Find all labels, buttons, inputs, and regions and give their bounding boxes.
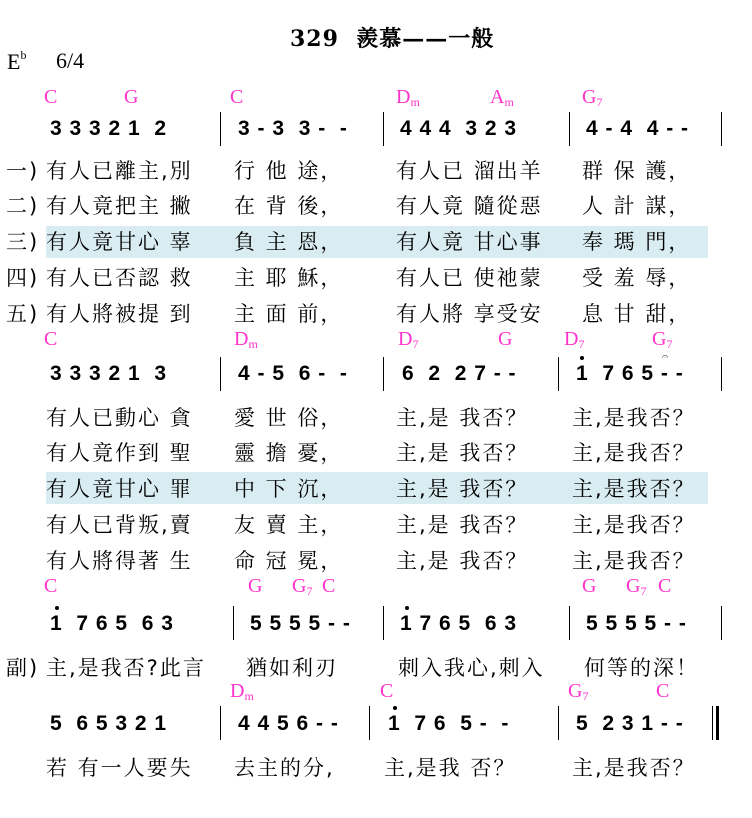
lyric: 主,是我否?此言 bbox=[46, 652, 206, 682]
measure-notes: 5 5 5 5 - - bbox=[586, 612, 687, 636]
verse-label: 五) bbox=[6, 298, 39, 328]
measure-notes: 5 2 3 1 - - bbox=[576, 712, 684, 736]
lyric: 何等的深！ bbox=[584, 652, 699, 682]
chord: C bbox=[44, 86, 57, 109]
bar-line bbox=[569, 606, 570, 640]
measure-notes: 3 3 3 2 1 3 bbox=[50, 362, 167, 386]
verse-label: 四) bbox=[6, 262, 39, 292]
chord: D7 bbox=[398, 328, 418, 352]
bar-line bbox=[220, 112, 221, 146]
lyric: 有人已 溜出羊 bbox=[396, 155, 543, 185]
bar-line bbox=[383, 112, 384, 146]
chord: G bbox=[498, 328, 512, 351]
lyric: 有人竟 隨從惡 bbox=[396, 190, 543, 220]
lyric: 刺入我心,刺入 bbox=[398, 652, 545, 682]
lyric: 負 主 恩， bbox=[234, 226, 343, 256]
bar-line bbox=[383, 357, 384, 391]
chord: G bbox=[582, 575, 596, 598]
measure-notes: 5 5 5 5 - - bbox=[250, 612, 351, 636]
lyric: 主 耶 穌， bbox=[234, 262, 343, 292]
lyric: 友 賣 主， bbox=[234, 509, 343, 539]
measure-notes: 4 4 4 3 2 3 bbox=[400, 117, 517, 141]
lyric: 主,是我否？ bbox=[572, 437, 696, 467]
chord: Dm bbox=[396, 86, 420, 110]
lyric: 主,是 我否？ bbox=[396, 509, 528, 539]
bar-line bbox=[369, 706, 370, 740]
chord: G7 bbox=[568, 680, 588, 704]
verse-label: 二) bbox=[6, 190, 39, 220]
chord: G7 bbox=[292, 575, 312, 599]
bar-line bbox=[558, 706, 559, 740]
high-octave-dot bbox=[393, 706, 397, 710]
lyric: 靈 擔 憂， bbox=[234, 437, 343, 467]
chord: G bbox=[248, 575, 262, 598]
measure-notes: 6 2 2 7 - - bbox=[402, 362, 517, 386]
lyric: 猶如利刃 bbox=[246, 652, 338, 682]
lyric: 主,是我否？ bbox=[572, 509, 696, 539]
measure-notes: 1 7 6 5 6 3 bbox=[400, 612, 517, 636]
chord: Dm bbox=[230, 680, 254, 704]
high-octave-dot bbox=[55, 606, 59, 610]
chord: C bbox=[656, 680, 669, 703]
lyric: 主,是 我否？ bbox=[396, 437, 528, 467]
final-bar-line bbox=[712, 706, 716, 740]
chord: G bbox=[124, 86, 138, 109]
lyric: 主,是我否？ bbox=[572, 752, 696, 782]
lyric: 有人已背叛,賣 bbox=[46, 509, 193, 539]
chord: C bbox=[44, 328, 57, 351]
lyric: 主,是我否？ bbox=[572, 545, 696, 575]
measure-notes: 3 3 3 2 1 2 bbox=[50, 117, 167, 141]
bar-line bbox=[233, 606, 234, 640]
lyric: 有人竟把主 撇 bbox=[46, 190, 193, 220]
lyric: 主,是 我否？ bbox=[396, 473, 528, 503]
chord: G7 bbox=[626, 575, 646, 599]
lyric: 主,是我 否？ bbox=[384, 752, 516, 782]
measure-notes: 4 4 5 6 - - bbox=[238, 712, 339, 736]
measure-notes: 4 - 4 4 - - bbox=[586, 117, 689, 141]
chord: Am bbox=[490, 86, 514, 110]
chord: C bbox=[658, 575, 671, 598]
chord: C bbox=[322, 575, 335, 598]
lyric: 奉 瑪 門， bbox=[582, 226, 691, 256]
measure-notes: 1 7 6 5 - - bbox=[576, 362, 684, 386]
measure-notes: 5 6 5 3 2 1 bbox=[50, 712, 167, 736]
verse-label: 三) bbox=[6, 226, 39, 256]
lyric: 有人將 享受安 bbox=[396, 298, 543, 328]
lyric: 有人將被提 到 bbox=[46, 298, 193, 328]
bar-line bbox=[383, 606, 384, 640]
lyric: 行 他 途， bbox=[234, 155, 343, 185]
lyric: 若 有一人要失 bbox=[46, 752, 193, 782]
lyric: 主,是 我否？ bbox=[396, 545, 528, 575]
chord: G7 bbox=[652, 328, 672, 352]
lyric: 有人已否認 救 bbox=[46, 262, 193, 292]
lyric: 有人已 使祂蒙 bbox=[396, 262, 543, 292]
measure-notes: 3 - 3 3 - - bbox=[238, 117, 348, 141]
verse-label: 一) bbox=[6, 155, 39, 185]
lyric: 有人將得著 生 bbox=[46, 545, 193, 575]
lyric: 主,是我否？ bbox=[572, 402, 696, 432]
time-signature: 6/4 bbox=[56, 48, 84, 74]
lyric: 群 保 護， bbox=[582, 155, 691, 185]
lyric: 息 甘 甜， bbox=[582, 298, 691, 328]
song-title: 329 羨慕——一般 bbox=[290, 22, 494, 53]
lyric: 去主的分, bbox=[234, 752, 335, 782]
chord: C bbox=[230, 86, 243, 109]
bar-line bbox=[558, 357, 559, 391]
bar-line bbox=[721, 606, 722, 640]
chorus-label: 副) bbox=[6, 652, 39, 682]
bar-line bbox=[220, 357, 221, 391]
lyric: 人 計 謀， bbox=[582, 190, 691, 220]
key-signature: Eb bbox=[7, 48, 26, 75]
bar-line bbox=[721, 357, 722, 391]
lyric: 主,是 我否？ bbox=[396, 402, 528, 432]
lyric: 中 下 沉， bbox=[234, 473, 343, 503]
bar-line bbox=[569, 112, 570, 146]
lyric: 有人竟 甘心事 bbox=[396, 226, 543, 256]
bar-line bbox=[220, 706, 221, 740]
lyric: 愛 世 俗， bbox=[234, 402, 343, 432]
lyric: 有人竟甘心 罪 bbox=[46, 473, 193, 503]
chord: C bbox=[380, 680, 393, 703]
lyric: 受 羞 辱， bbox=[582, 262, 691, 292]
lyric: 有人已離主,別 bbox=[46, 155, 193, 185]
chord: Dm bbox=[234, 328, 258, 352]
measure-notes: 1 7 6 5 6 3 bbox=[50, 612, 174, 636]
high-octave-dot bbox=[580, 356, 584, 360]
measure-notes: 1 7 6 5 - - bbox=[388, 712, 509, 736]
high-octave-dot bbox=[405, 606, 409, 610]
lyric: 在 背 後， bbox=[234, 190, 343, 220]
lyric: 有人已動心 貪 bbox=[46, 402, 193, 432]
chord: C bbox=[44, 575, 57, 598]
measure-notes: 4 - 5 6 - - bbox=[238, 362, 348, 386]
lyric: 命 冠 冕， bbox=[234, 545, 343, 575]
bar-line bbox=[721, 112, 722, 146]
fermata-icon: 𝄐 bbox=[662, 350, 668, 364]
lyric: 主 面 前， bbox=[234, 298, 343, 328]
lyric: 有人竟甘心 辜 bbox=[46, 226, 193, 256]
lyric: 有人竟作到 聖 bbox=[46, 437, 193, 467]
chord: G7 bbox=[582, 86, 602, 110]
chord: D7 bbox=[564, 328, 584, 352]
lyric: 主,是我否？ bbox=[572, 473, 696, 503]
